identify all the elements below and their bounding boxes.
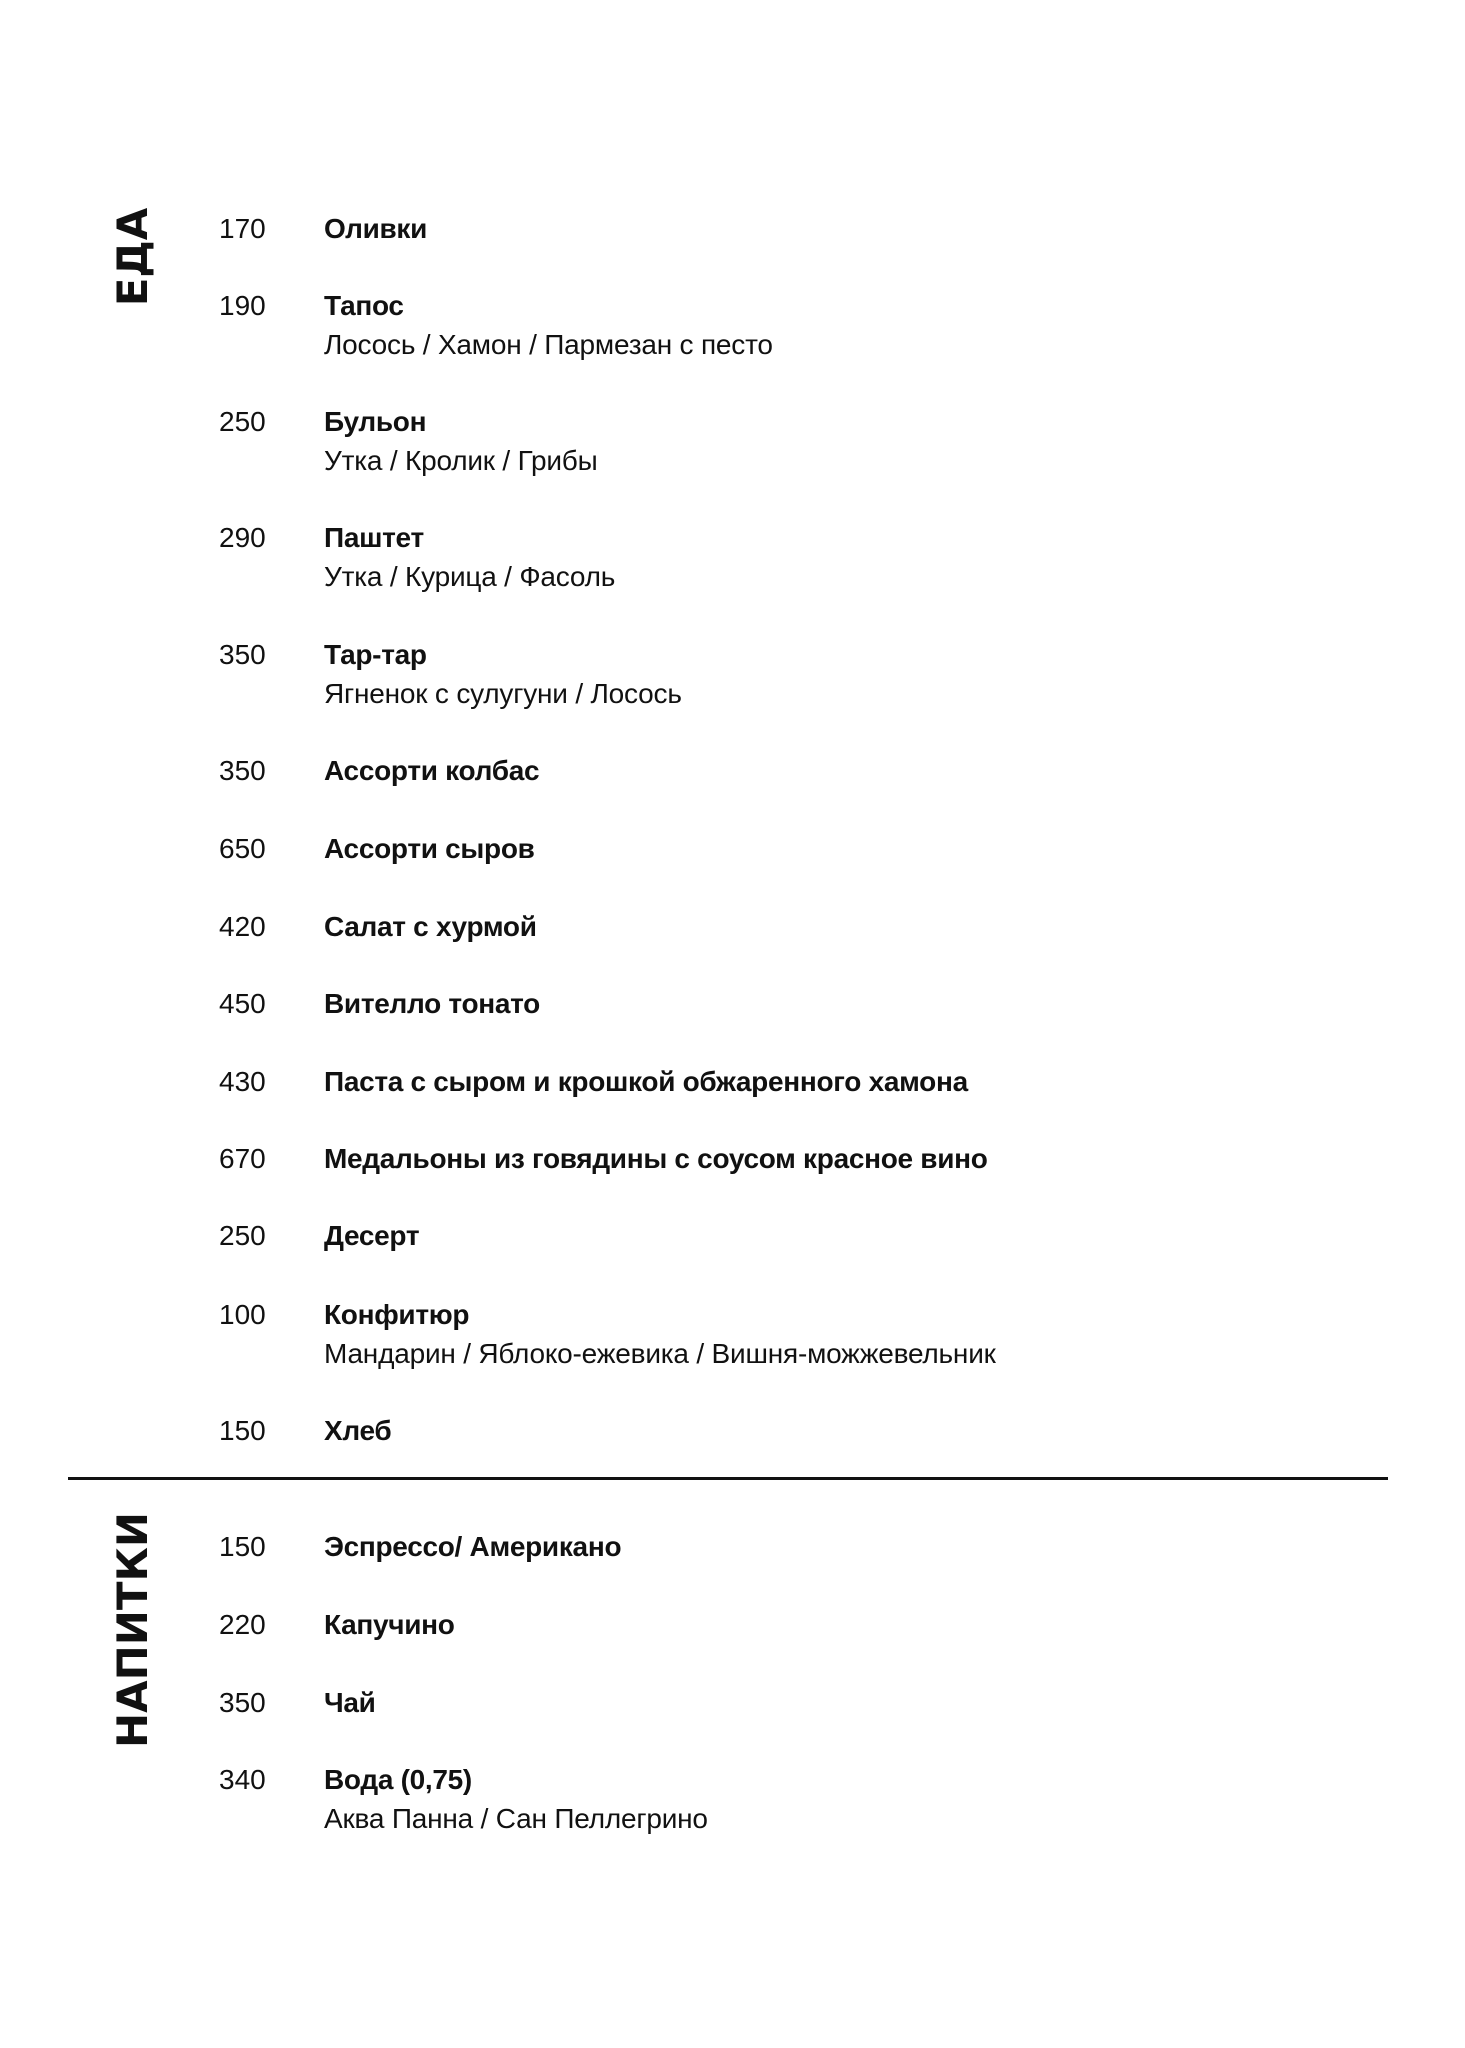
menu-item-price: 670 (219, 1139, 266, 1179)
menu-item-price: 250 (219, 402, 266, 442)
section-divider (68, 1477, 1388, 1480)
menu-item-options: Утка / Курица / Фасоль (324, 557, 615, 597)
menu-item-options: Аква Панна / Сан Пеллегрино (324, 1799, 708, 1839)
menu-item-name: Паста с сыром и крошкой обжаренного хамо… (324, 1062, 968, 1102)
menu-item-price: 100 (219, 1295, 266, 1335)
menu-item-name: Салат с хурмой (324, 907, 537, 947)
menu-item-name: Вителло тонато (324, 984, 540, 1024)
menu-item-price: 220 (219, 1605, 266, 1645)
menu-item-name: Тар-тар (324, 635, 427, 675)
menu-item-name: Десерт (324, 1216, 419, 1256)
menu-item-price: 450 (219, 984, 266, 1024)
menu-item-price: 340 (219, 1760, 266, 1800)
menu-item-price: 170 (219, 209, 266, 249)
menu-item-price: 430 (219, 1062, 266, 1102)
menu-item-price: 350 (219, 1683, 266, 1723)
menu-item-name: Конфитюр (324, 1295, 469, 1335)
menu-item-options: Ягненок с сулугуни / Лосось (324, 674, 682, 714)
menu-item-price: 250 (219, 1216, 266, 1256)
menu-item-name: Ассорти сыров (324, 829, 535, 869)
menu-item-price: 150 (219, 1411, 266, 1451)
menu-item-price: 190 (219, 286, 266, 326)
menu-item-name: Ассорти колбас (324, 751, 539, 791)
menu-item-price: 150 (219, 1527, 266, 1567)
section-title-food: ЕДА (112, 208, 154, 307)
menu-item-name: Паштет (324, 518, 424, 558)
menu-item-price: 290 (219, 518, 266, 558)
menu-item-price: 350 (219, 751, 266, 791)
menu-item-price: 350 (219, 635, 266, 675)
menu-item-name: Бульон (324, 402, 426, 442)
menu-item-options: Мандарин / Яблоко-ежевика / Вишня-можжев… (324, 1334, 996, 1374)
menu-item-name: Вода (0,75) (324, 1760, 472, 1800)
menu-item-price: 650 (219, 829, 266, 869)
menu-item-name: Эспрессо/ Американо (324, 1527, 621, 1567)
menu-item-price: 420 (219, 907, 266, 947)
menu-item-name: Хлеб (324, 1411, 391, 1451)
menu-item-name: Тапос (324, 286, 404, 326)
menu-item-name: Оливки (324, 209, 427, 249)
menu-item-name: Медальоны из говядины с соусом красное в… (324, 1139, 988, 1179)
menu-item-options: Лосось / Хамон / Пармезан с песто (324, 325, 773, 365)
menu-item-name: Чай (324, 1683, 376, 1723)
menu-item-name: Капучино (324, 1605, 455, 1645)
section-title-drinks: НАПИТКИ (112, 1512, 154, 1748)
menu-item-options: Утка / Кролик / Грибы (324, 441, 598, 481)
